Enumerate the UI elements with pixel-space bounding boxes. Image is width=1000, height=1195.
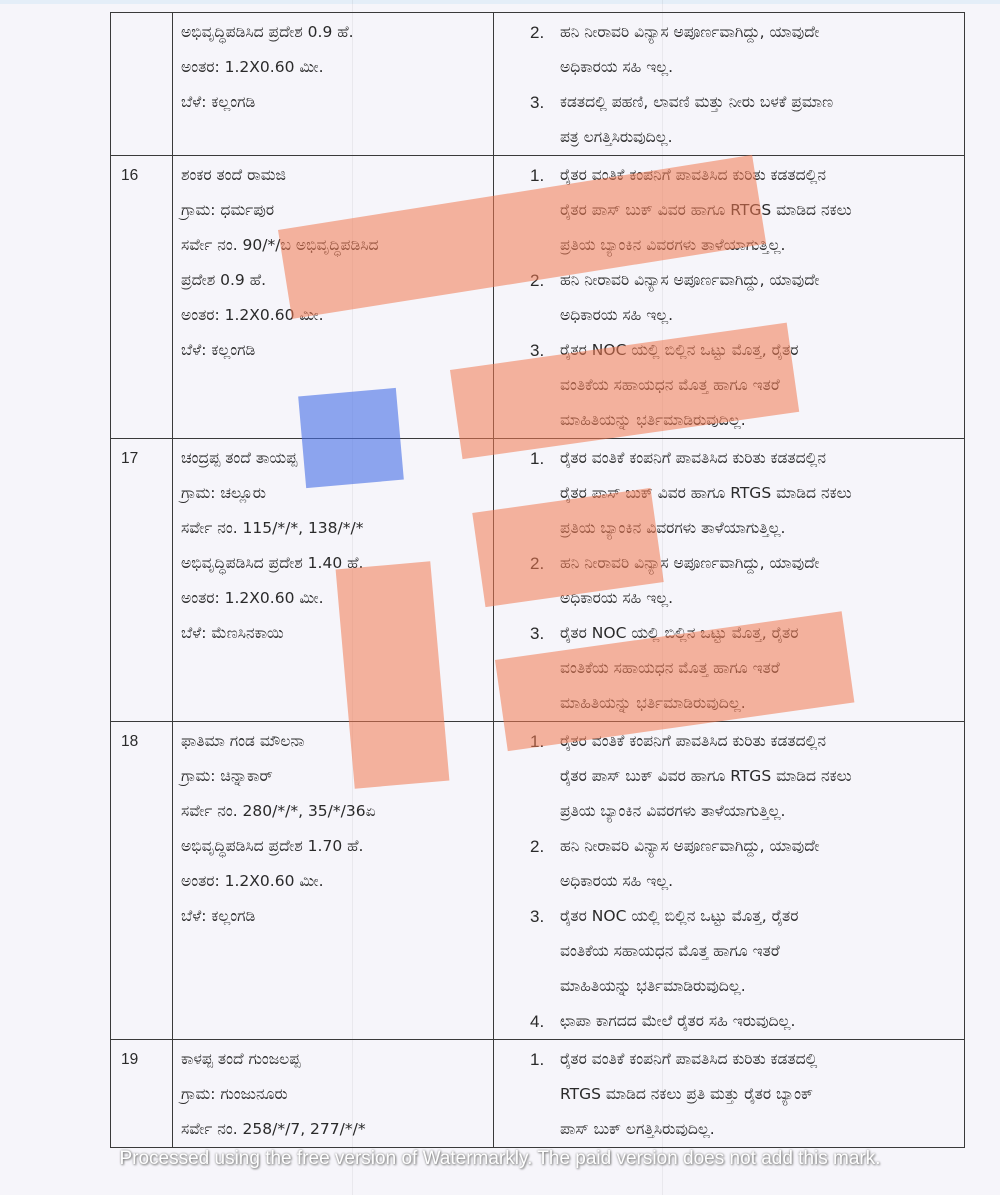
issue-item: 3.ಕಡತದಲ್ಲಿ ಪಹಣಿ, ಲಾವಣಿ ಮತ್ತು ನೀರು ಬಳಕೆ ಪ… (530, 85, 956, 155)
issue-number: 2. (530, 15, 544, 50)
info-line: ಕಾಳಪ್ಪ ತಂದೆ ಗುಂಜಲಪ್ಪ (181, 1042, 493, 1077)
info-line: ಸರ್ವೇ ನಂ. 90/*/ಬ ಅಭಿವೃದ್ಧಿಪಡಿಸಿದ (181, 228, 493, 263)
issue-text-line: RTGS ಮಾಡಿದ ನಕಲು ಪ್ರತಿ ಮತ್ತು ರೈತರ ಬ್ಯಾಂಕ್ (560, 1077, 956, 1112)
issue-item: 3.ರೈತರ NOC ಯಲ್ಲಿ ಬಿಲ್ಲಿನ ಒಟ್ಟು ಮೊತ್ತ, ರೈ… (530, 333, 956, 438)
issue-number: 1. (530, 724, 544, 759)
table-row: 17 ಚಂದ್ರಪ್ಪ ತಂದೆ ತಾಯಪ್ಪಗ್ರಾಮ: ಚಲ್ಲೂರುಸರ್… (111, 439, 965, 722)
issues-list: 1.ರೈತರ ವಂತಿಕೆ ಕಂಪನಿಗೆ ಪಾವತಿಸಿದ ಕುರಿತು ಕಡ… (530, 724, 956, 1039)
info-line: ಅಂತರ: 1.2X0.60 ಮೀ. (181, 581, 493, 616)
info-line: ಫಾತಿಮಾ ಗಂಡ ಮೌಲನಾ (181, 724, 493, 759)
issue-item: 1.ರೈತರ ವಂತಿಕೆ ಕಂಪನಿಗೆ ಪಾವತಿಸಿದ ಕುರಿತು ಕಡ… (530, 1042, 956, 1147)
issue-text-line: ಪ್ರತಿಯ ಬ್ಯಾಂಕಿನ ವಿವರಗಳು ತಾಳೆಯಾಗುತ್ತಿಲ್ಲ. (560, 228, 956, 263)
info-line: ಶಂಕರ ತಂದೆ ರಾಮಜಿ (181, 158, 493, 193)
info-line: ಗ್ರಾಮ: ಗುಂಜುನೂರು (181, 1077, 493, 1112)
info-line: ಅಭಿವೃದ್ಧಿಪಡಿಸಿದ ಪ್ರದೇಶ 1.40 ಹೆ. (181, 546, 493, 581)
issue-number: 3. (530, 899, 544, 934)
issue-text-line: ಮಾಹಿತಿಯನ್ನು ಭರ್ತಿಮಾಡಿರುವುದಿಲ್ಲ. (560, 969, 956, 1004)
issue-text-line: ಹನಿ ನೀರಾವರಿ ವಿನ್ಯಾಸ ಅಪೂರ್ಣವಾಗಿದ್ದು, ಯಾವು… (560, 829, 956, 864)
farmer-info-cell: ಶಂಕರ ತಂದೆ ರಾಮಜಿಗ್ರಾಮ: ಧರ್ಮಪುರಸರ್ವೇ ನಂ. 9… (173, 156, 494, 439)
issues-list: 1.ರೈತರ ವಂತಿಕೆ ಕಂಪನಿಗೆ ಪಾವತಿಸಿದ ಕುರಿತು ಕಡ… (530, 158, 956, 438)
issue-text-line: ಪಾಸ್ ಬುಕ್ ಲಗತ್ತಿಸಿರುವುದಿಲ್ಲ. (560, 1112, 956, 1147)
issues-list: 1.ರೈತರ ವಂತಿಕೆ ಕಂಪನಿಗೆ ಪಾವತಿಸಿದ ಕುರಿತು ಕಡ… (530, 441, 956, 721)
issues-cell: 1.ರೈತರ ವಂತಿಕೆ ಕಂಪನಿಗೆ ಪಾವತಿಸಿದ ಕುರಿತು ಕಡ… (494, 722, 965, 1040)
issue-number: 3. (530, 333, 544, 368)
info-line: ಸರ್ವೇ ನಂ. 115/*/*, 138/*/* (181, 511, 493, 546)
issue-number: 4. (530, 1004, 544, 1039)
info-line: ಚಂದ್ರಪ್ಪ ತಂದೆ ತಾಯಪ್ಪ (181, 441, 493, 476)
issue-text-line: ವಂತಿಕೆಯ ಸಹಾಯಧನ ಮೊತ್ತ ಹಾಗೂ ಇತರೆ (560, 934, 956, 969)
issue-item: 3.ರೈತರ NOC ಯಲ್ಲಿ ಬಿಲ್ಲಿನ ಒಟ್ಟು ಮೊತ್ತ, ರೈ… (530, 616, 956, 721)
watermarkly-notice: Processed using the free version of Wate… (0, 1148, 1000, 1170)
issue-text-line: ರೈತರ ಪಾಸ್ ಬುಕ್ ವಿವರ ಹಾಗೂ RTGS ಮಾಡಿದ ನಕಲು (560, 759, 956, 794)
info-line: ಗ್ರಾಮ: ಚಲ್ಲೂರು (181, 476, 493, 511)
farmer-issues-table: ಅಭಿವೃದ್ಧಿಪಡಿಸಿದ ಪ್ರದೇಶ 0.9 ಹೆ.ಅಂತರ: 1.2X… (110, 12, 965, 1148)
farmer-info-cell: ಚಂದ್ರಪ್ಪ ತಂದೆ ತಾಯಪ್ಪಗ್ರಾಮ: ಚಲ್ಲೂರುಸರ್ವೇ … (173, 439, 494, 722)
info-line: ಗ್ರಾಮ: ಚಿನ್ನಾಕಾರ್ (181, 759, 493, 794)
issue-text-line: ಅಧಿಕಾರಯ ಸಹಿ ಇಲ್ಲ. (560, 298, 956, 333)
issue-text-line: ರೈತರ ಪಾಸ್ ಬುಕ್ ವಿವರ ಹಾಗೂ RTGS ಮಾಡಿದ ನಕಲು (560, 193, 956, 228)
issue-text-line: ಪ್ರತಿಯ ಬ್ಯಾಂಕಿನ ವಿವರಗಳು ತಾಳೆಯಾಗುತ್ತಿಲ್ಲ. (560, 794, 956, 829)
info-line: ಅಭಿವೃದ್ಧಿಪಡಿಸಿದ ಪ್ರದೇಶ 1.70 ಹೆ. (181, 829, 493, 864)
info-line: ಬೆಳೆ: ಕಲ್ಲಂಗಡಿ (181, 899, 493, 934)
issue-number: 2. (530, 263, 544, 298)
serial-number: 17 (111, 439, 173, 722)
serial-number: 19 (111, 1040, 173, 1148)
issue-text-line: ಪ್ರತಿಯ ಬ್ಯಾಂಕಿನ ವಿವರಗಳು ತಾಳೆಯಾಗುತ್ತಿಲ್ಲ. (560, 511, 956, 546)
issue-text-line: ಕಡತದಲ್ಲಿ ಪಹಣಿ, ಲಾವಣಿ ಮತ್ತು ನೀರು ಬಳಕೆ ಪ್ರ… (560, 85, 956, 120)
info-line: ಬೆಳೆ: ಕಲ್ಲಂಗಡಿ (181, 333, 493, 368)
issue-text-line: ಹನಿ ನೀರಾವರಿ ವಿನ್ಯಾಸ ಅಪೂರ್ಣವಾಗಿದ್ದು, ಯಾವು… (560, 546, 956, 581)
issue-item: 1.ರೈತರ ವಂತಿಕೆ ಕಂಪನಿಗೆ ಪಾವತಿಸಿದ ಕುರಿತು ಕಡ… (530, 441, 956, 546)
issues-cell: 1.ರೈತರ ವಂತಿಕೆ ಕಂಪನಿಗೆ ಪಾವತಿಸಿದ ಕುರಿತು ಕಡ… (494, 156, 965, 439)
info-line: ಅಂತರ: 1.2X0.60 ಮೀ. (181, 50, 493, 85)
issue-text-line: ಅಧಿಕಾರಯ ಸಹಿ ಇಲ್ಲ. (560, 864, 956, 899)
issue-text-line: ರೈತರ NOC ಯಲ್ಲಿ ಬಿಲ್ಲಿನ ಒಟ್ಟು ಮೊತ್ತ, ರೈತರ (560, 333, 956, 368)
issue-text-line: ರೈತರ ವಂತಿಕೆ ಕಂಪನಿಗೆ ಪಾವತಿಸಿದ ಕುರಿತು ಕಡತದ… (560, 158, 956, 193)
issue-text-line: ಅಧಿಕಾರಯ ಸಹಿ ಇಲ್ಲ. (560, 581, 956, 616)
serial-number: 18 (111, 722, 173, 1040)
issues-list: 1.ರೈತರ ವಂತಿಕೆ ಕಂಪನಿಗೆ ಪಾವತಿಸಿದ ಕುರಿತು ಕಡ… (530, 1042, 956, 1147)
issue-text-line: ಹನಿ ನೀರಾವರಿ ವಿನ್ಯಾಸ ಅಪೂರ್ಣವಾಗಿದ್ದು, ಯಾವು… (560, 263, 956, 298)
issue-text-line: ರೈತರ ಪಾಸ್ ಬುಕ್ ವಿವರ ಹಾಗೂ RTGS ಮಾಡಿದ ನಕಲು (560, 476, 956, 511)
info-line: ಬೆಳೆ: ಮೆಣಸಿನಕಾಯಿ (181, 616, 493, 651)
serial-number: 16 (111, 156, 173, 439)
issue-number: 1. (530, 441, 544, 476)
table-row: 18 ಫಾತಿಮಾ ಗಂಡ ಮೌಲನಾಗ್ರಾಮ: ಚಿನ್ನಾಕಾರ್ಸರ್ವ… (111, 722, 965, 1040)
issue-text-line: ರೈತರ ವಂತಿಕೆ ಕಂಪನಿಗೆ ಪಾವತಿಸಿದ ಕುರಿತು ಕಡತದ… (560, 1042, 956, 1077)
issues-list: 2.ಹನಿ ನೀರಾವರಿ ವಿನ್ಯಾಸ ಅಪೂರ್ಣವಾಗಿದ್ದು, ಯಾ… (530, 15, 956, 155)
issue-text-line: ಮಾಹಿತಿಯನ್ನು ಭರ್ತಿಮಾಡಿರುವುದಿಲ್ಲ. (560, 403, 956, 438)
issue-item: 1.ರೈತರ ವಂತಿಕೆ ಕಂಪನಿಗೆ ಪಾವತಿಸಿದ ಕುರಿತು ಕಡ… (530, 158, 956, 263)
info-line: ಅಂತರ: 1.2X0.60 ಮೀ. (181, 298, 493, 333)
issue-text-line: ಮಾಹಿತಿಯನ್ನು ಭರ್ತಿಮಾಡಿರುವುದಿಲ್ಲ. (560, 686, 956, 721)
table-row: 19 ಕಾಳಪ್ಪ ತಂದೆ ಗುಂಜಲಪ್ಪಗ್ರಾಮ: ಗುಂಜುನೂರುಸ… (111, 1040, 965, 1148)
issue-text-line: ಛಾಪಾ ಕಾಗದದ ಮೇಲೆ ರೈತರ ಸಹಿ ಇರುವುದಿಲ್ಲ. (560, 1004, 956, 1039)
issue-text-line: ರೈತರ ವಂತಿಕೆ ಕಂಪನಿಗೆ ಪಾವತಿಸಿದ ಕುರಿತು ಕಡತದ… (560, 724, 956, 759)
issue-number: 2. (530, 546, 544, 581)
info-line: ಅಭಿವೃದ್ಧಿಪಡಿಸಿದ ಪ್ರದೇಶ 0.9 ಹೆ. (181, 15, 493, 50)
issue-number: 2. (530, 829, 544, 864)
issues-cell: 2.ಹನಿ ನೀರಾವರಿ ವಿನ್ಯಾಸ ಅಪೂರ್ಣವಾಗಿದ್ದು, ಯಾ… (494, 13, 965, 156)
info-line: ಪ್ರದೇಶ 0.9 ಹೆ. (181, 263, 493, 298)
issue-text-line: ಅಧಿಕಾರಯ ಸಹಿ ಇಲ್ಲ. (560, 50, 956, 85)
info-line: ಅಂತರ: 1.2X0.60 ಮೀ. (181, 864, 493, 899)
farmer-info-cell: ಫಾತಿಮಾ ಗಂಡ ಮೌಲನಾಗ್ರಾಮ: ಚಿನ್ನಾಕಾರ್ಸರ್ವೇ ನ… (173, 722, 494, 1040)
issue-item: 1.ರೈತರ ವಂತಿಕೆ ಕಂಪನಿಗೆ ಪಾವತಿಸಿದ ಕುರಿತು ಕಡ… (530, 724, 956, 829)
issues-cell: 1.ರೈತರ ವಂತಿಕೆ ಕಂಪನಿಗೆ ಪಾವತಿಸಿದ ಕುರಿತು ಕಡ… (494, 1040, 965, 1148)
farmer-info-cell: ಕಾಳಪ್ಪ ತಂದೆ ಗುಂಜಲಪ್ಪಗ್ರಾಮ: ಗುಂಜುನೂರುಸರ್ವ… (173, 1040, 494, 1148)
issues-cell: 1.ರೈತರ ವಂತಿಕೆ ಕಂಪನಿಗೆ ಪಾವತಿಸಿದ ಕುರಿತು ಕಡ… (494, 439, 965, 722)
issue-number: 1. (530, 1042, 544, 1077)
issue-text-line: ವಂತಿಕೆಯ ಸಹಾಯಧನ ಮೊತ್ತ ಹಾಗೂ ಇತರೆ (560, 368, 956, 403)
info-line: ಸರ್ವೇ ನಂ. 258/*/7, 277/*/* (181, 1112, 493, 1147)
issue-number: 3. (530, 85, 544, 120)
serial-cell (111, 13, 173, 156)
issue-item: 2.ಹನಿ ನೀರಾವರಿ ವಿನ್ಯಾಸ ಅಪೂರ್ಣವಾಗಿದ್ದು, ಯಾ… (530, 829, 956, 899)
issue-text-line: ಹನಿ ನೀರಾವರಿ ವಿನ್ಯಾಸ ಅಪೂರ್ಣವಾಗಿದ್ದು, ಯಾವು… (560, 15, 956, 50)
issue-text-line: ರೈತರ NOC ಯಲ್ಲಿ ಬಿಲ್ಲಿನ ಒಟ್ಟು ಮೊತ್ತ, ರೈತರ (560, 616, 956, 651)
issue-text-line: ಪತ್ರ ಲಗತ್ತಿಸಿರುವುದಿಲ್ಲ. (560, 120, 956, 155)
issue-text-line: ರೈತರ ವಂತಿಕೆ ಕಂಪನಿಗೆ ಪಾವತಿಸಿದ ಕುರಿತು ಕಡತದ… (560, 441, 956, 476)
issue-item: 3.ರೈತರ NOC ಯಲ್ಲಿ ಬಿಲ್ಲಿನ ಒಟ್ಟು ಮೊತ್ತ, ರೈ… (530, 899, 956, 1004)
issue-item: 2.ಹನಿ ನೀರಾವರಿ ವಿನ್ಯಾಸ ಅಪೂರ್ಣವಾಗಿದ್ದು, ಯಾ… (530, 15, 956, 85)
issue-item: 2.ಹನಿ ನೀರಾವರಿ ವಿನ್ಯಾಸ ಅಪೂರ್ಣವಾಗಿದ್ದು, ಯಾ… (530, 546, 956, 616)
top-edge (0, 0, 1000, 4)
issue-number: 1. (530, 158, 544, 193)
farmer-info-cell: ಅಭಿವೃದ್ಧಿಪಡಿಸಿದ ಪ್ರದೇಶ 0.9 ಹೆ.ಅಂತರ: 1.2X… (173, 13, 494, 156)
info-line: ಗ್ರಾಮ: ಧರ್ಮಪುರ (181, 193, 493, 228)
info-line: ಬೆಳೆ: ಕಲ್ಲಂಗಡಿ (181, 85, 493, 120)
table-row: 16 ಶಂಕರ ತಂದೆ ರಾಮಜಿಗ್ರಾಮ: ಧರ್ಮಪುರಸರ್ವೇ ನಂ… (111, 156, 965, 439)
issue-text-line: ವಂತಿಕೆಯ ಸಹಾಯಧನ ಮೊತ್ತ ಹಾಗೂ ಇತರೆ (560, 651, 956, 686)
issue-item: 4.ಛಾಪಾ ಕಾಗದದ ಮೇಲೆ ರೈತರ ಸಹಿ ಇರುವುದಿಲ್ಲ. (530, 1004, 956, 1039)
table-row-continued: ಅಭಿವೃದ್ಧಿಪಡಿಸಿದ ಪ್ರದೇಶ 0.9 ಹೆ.ಅಂತರ: 1.2X… (111, 13, 965, 156)
issue-item: 2.ಹನಿ ನೀರಾವರಿ ವಿನ್ಯಾಸ ಅಪೂರ್ಣವಾಗಿದ್ದು, ಯಾ… (530, 263, 956, 333)
info-line: ಸರ್ವೇ ನಂ. 280/*/*, 35/*/36ಏ (181, 794, 493, 829)
issue-number: 3. (530, 616, 544, 651)
issue-text-line: ರೈತರ NOC ಯಲ್ಲಿ ಬಿಲ್ಲಿನ ಒಟ್ಟು ಮೊತ್ತ, ರೈತರ (560, 899, 956, 934)
